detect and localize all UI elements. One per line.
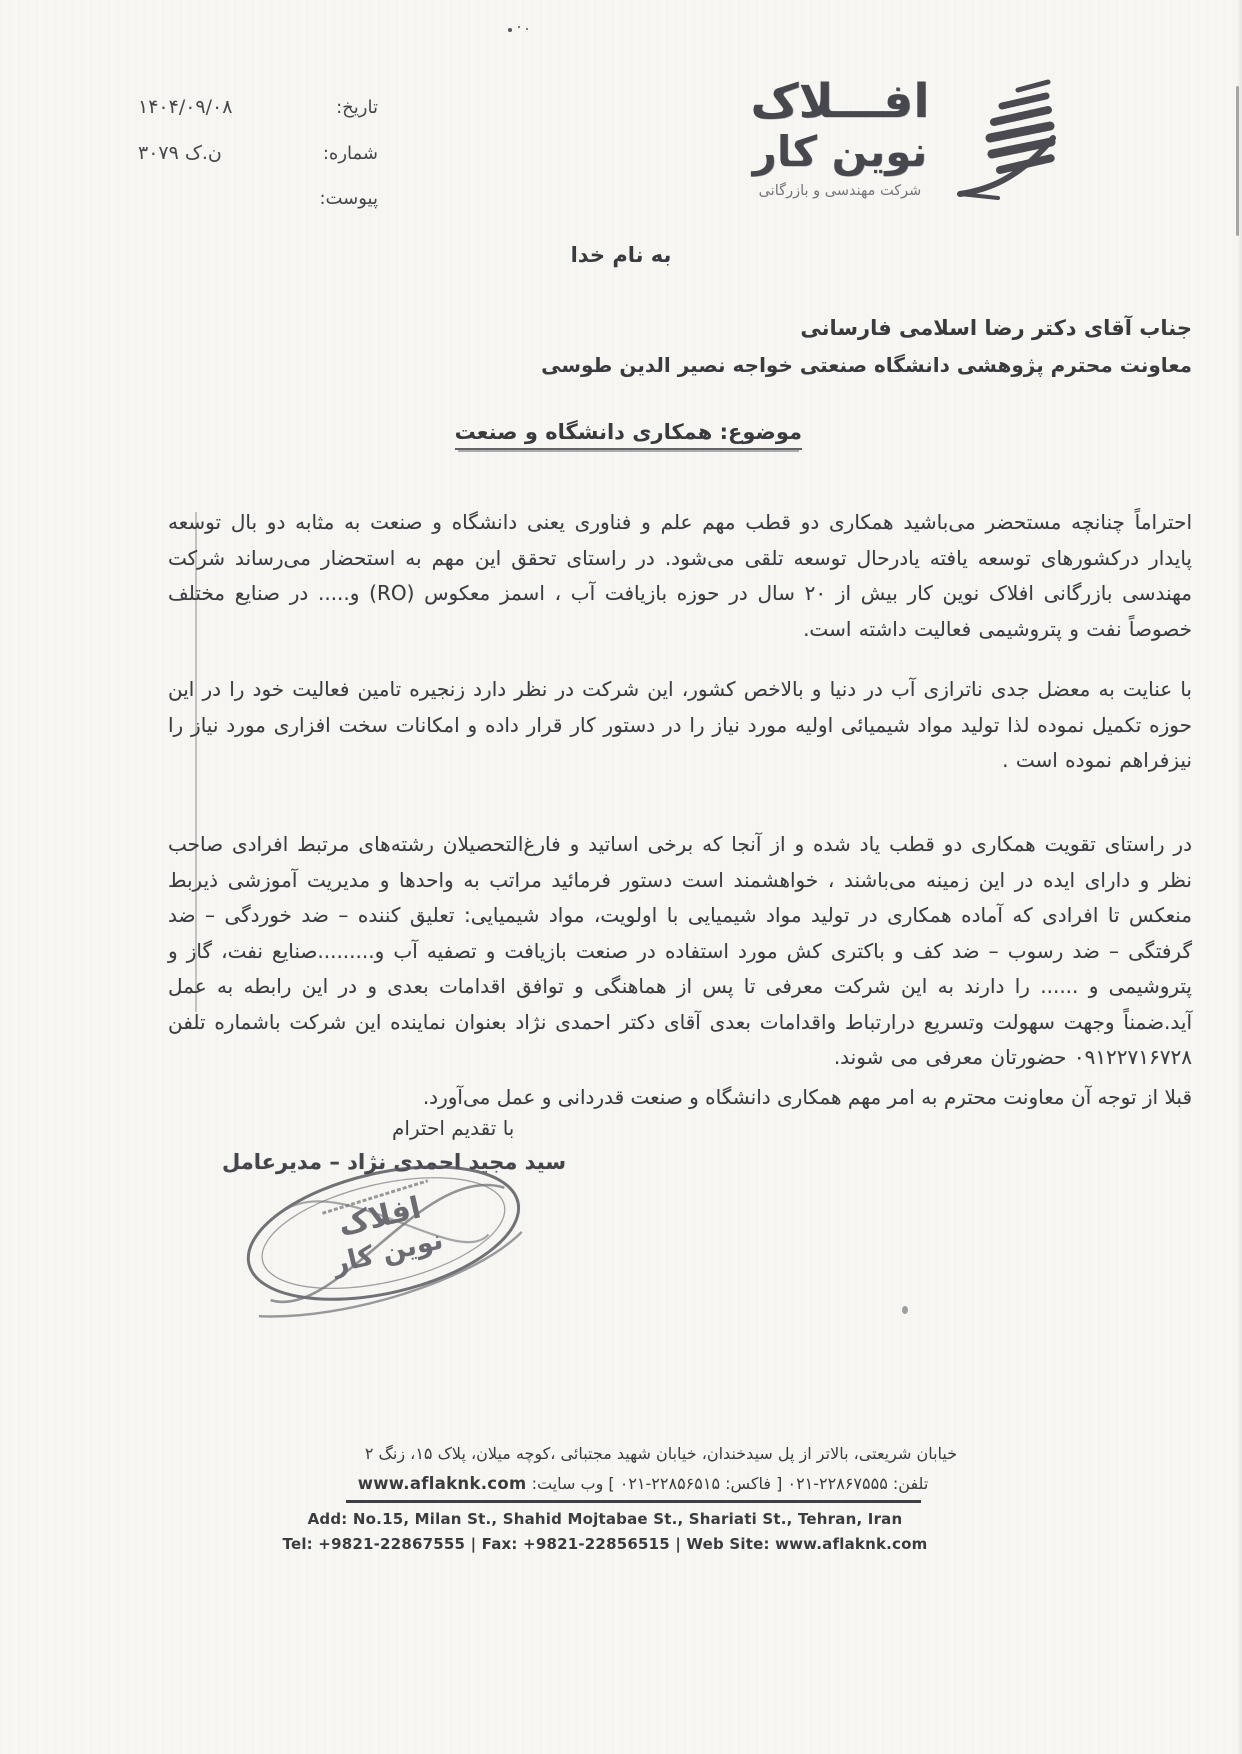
recipient-title: معاونت محترم پژوهشی دانشگاه صنعتی خواجه … [541,353,1192,377]
company-tagline: شرکت مهندسی و بازرگانی [726,183,954,199]
number-label: شماره: [323,143,378,164]
closing-line: قبلا از توجه آن معاونت محترم به امر مهم … [168,1085,1192,1109]
body-paragraph-3: در راستای تقویت همکاری دو قطب یاد شده و … [168,827,1192,1076]
recipient-block: جناب آقای دکتر رضا اسلامی فارسانی معاونت… [541,316,1192,377]
footer-contact-fa-text: تلفن: ۲۲۸۶۷۵۵۵-۰۲۱ [ فاکس: ۲۲۸۵۶۵۱۵-۰۲۱ … [527,1474,929,1493]
logo-mark-icon [956,76,1056,206]
company-name-line2: نوین کار [726,128,954,176]
scanned-letter-page: تاریخ: ۱۴۰۴/۰۹/۰۸ شماره: ن.ک ۳۰۷۹ پیوست:… [0,0,1242,1754]
footer-address-fa: خیابان شریعتی، بالاتر از پل سیدخندان، خی… [40,1444,1242,1463]
date-value: ۱۴۰۴/۰۹/۰۸ [138,96,232,118]
body-paragraph-2: با عنایت به معضل جدی ناترازی آب در دنیا … [168,672,1192,779]
date-row: تاریخ: ۱۴۰۴/۰۹/۰۸ [138,96,378,118]
bismillah-line: به نام خدا [0,243,1242,267]
footer-divider [346,1500,921,1503]
letter-footer: خیابان شریعتی، بالاتر از پل سیدخندان، خی… [0,1444,1242,1553]
letterhead-meta: تاریخ: ۱۴۰۴/۰۹/۰۸ شماره: ن.ک ۳۰۷۹ پیوست: [138,96,378,233]
subject-line: موضوع: همکاری دانشگاه و صنعت [455,420,802,450]
footer-website-text: www.aflaknk.com [358,1474,527,1493]
company-logo: افـــلاک نوین کار شرکت مهندسی و بازرگانی [726,76,1056,206]
company-logo-wordmark: افـــلاک نوین کار شرکت مهندسی و بازرگانی [726,76,954,206]
attachment-label: پیوست: [319,188,378,209]
footer-contact-fa: تلفن: ۲۲۸۶۷۵۵۵-۰۲۱ [ فاکس: ۲۲۸۵۶۵۱۵-۰۲۱ … [22,1474,1242,1493]
company-name-line1: افـــلاک [726,76,954,128]
scan-artifact-speck [902,1306,908,1314]
date-label: تاریخ: [336,97,378,118]
attachment-row: پیوست: [138,188,378,209]
number-row: شماره: ن.ک ۳۰۷۹ [138,142,378,164]
scan-artifact-dots [508,28,512,32]
footer-address-en: Add: No.15, Milan St., Shahid Mojtabae S… [0,1510,1226,1528]
footer-contact-en: Tel: +9821-22867555 | Fax: +9821-2285651… [0,1535,1226,1553]
body-paragraph-1: احتراماً چنانچه مستحضر می‌باشید همکاری د… [168,505,1192,647]
number-value: ن.ک ۳۰۷۹ [138,142,222,164]
recipient-name: جناب آقای دکتر رضا اسلامی فارسانی [541,316,1192,340]
